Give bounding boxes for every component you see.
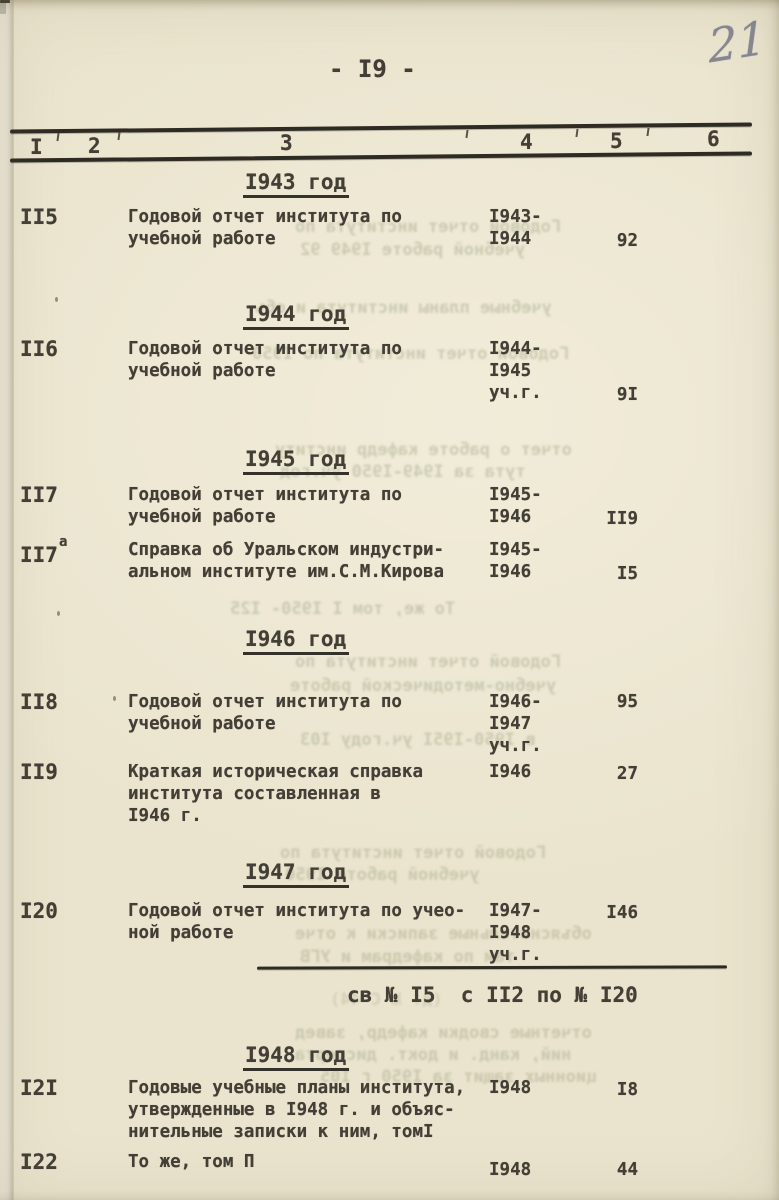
entry-number: II5 [20, 206, 58, 228]
entry-count: I5 [556, 563, 638, 585]
entry-count: I8 [556, 1079, 638, 1101]
year-heading-1948: I948 год [243, 1044, 349, 1071]
column-header-1: I [30, 136, 43, 158]
ink-speck [113, 696, 116, 701]
entry-title: То же, том П [128, 1151, 493, 1173]
column-header-5: 5 [610, 130, 623, 152]
bundle-summary: св № I5 с II2 по № I20 [347, 984, 638, 1006]
ink-speck [55, 297, 58, 302]
year-heading-1944: I944 год [243, 303, 349, 330]
bleed-through-text: там по кафедрам и УГВ [300, 947, 515, 967]
entry-count: 92 [556, 230, 638, 252]
entry-number: II9 [20, 761, 58, 783]
bleed-through-text: отчетные сводки кафедр, завед [295, 1023, 592, 1043]
page-edge [0, 0, 14, 1200]
entry-number: II8 [20, 691, 58, 713]
column-divider-tick [646, 128, 649, 136]
column-divider-tick [56, 133, 59, 141]
page-sheet: Годовой отчет института по учебной работ… [0, 0, 779, 1200]
table-header-line-top [10, 122, 752, 133]
pencil-page-number: 21 [707, 8, 779, 73]
table-line-stub [0, 0, 6, 14]
table-header-line-bottom [10, 151, 752, 162]
column-header-3: 3 [280, 132, 293, 154]
entry-count: II9 [556, 508, 638, 530]
column-header-4: 4 [520, 131, 533, 153]
entry-number: I2I [20, 1077, 58, 1099]
year-heading-1946: I946 год [243, 628, 349, 655]
entry-title: Годовые учебные планы института, утвержд… [128, 1077, 493, 1143]
column-header-6: 6 [707, 128, 720, 150]
column-divider-tick [117, 132, 120, 140]
entry-title: Годовой отчет института по учебной работ… [128, 206, 493, 250]
entry-number: I22 [20, 1151, 58, 1173]
entry-title: Годовой отчет института по учео- ной раб… [128, 900, 493, 944]
entry-number: II7 [20, 484, 58, 506]
entry-number: I20 [20, 900, 58, 922]
entry-count: 9I [556, 384, 638, 406]
entry-number-superscript: а [59, 534, 67, 550]
entry-number: II7а [20, 539, 66, 566]
entry-count: I46 [556, 902, 638, 924]
year-heading-1943: I943 год [243, 171, 349, 198]
entry-title: Годовой отчет института по учебной работ… [128, 484, 493, 528]
bundle-separator-line [257, 965, 727, 969]
entry-title: Справка об Уральском индустри- альном ин… [128, 539, 493, 583]
entry-title: Годовой отчет института по учебной работ… [128, 691, 493, 735]
bleed-through-text: То же, том I I950- I25 [230, 599, 455, 619]
pencil-dot [57, 611, 60, 616]
entry-count: 44 [556, 1159, 638, 1181]
year-heading-1945: I945 год [243, 448, 349, 475]
entry-title: Краткая историческая справка института с… [128, 761, 493, 827]
entry-number: II6 [20, 338, 58, 360]
entry-title: Годовой отчет института по учебной работ… [128, 338, 493, 382]
bleed-through-text: Годовой отчет института по [295, 652, 561, 672]
entry-count: 27 [556, 763, 638, 785]
column-divider-tick [575, 129, 578, 137]
column-header-2: 2 [88, 135, 101, 157]
entry-count: 95 [556, 691, 638, 713]
column-divider-tick [465, 130, 468, 138]
page-number: - I9 - [329, 58, 416, 80]
year-heading-1947: I947 год [243, 861, 349, 888]
